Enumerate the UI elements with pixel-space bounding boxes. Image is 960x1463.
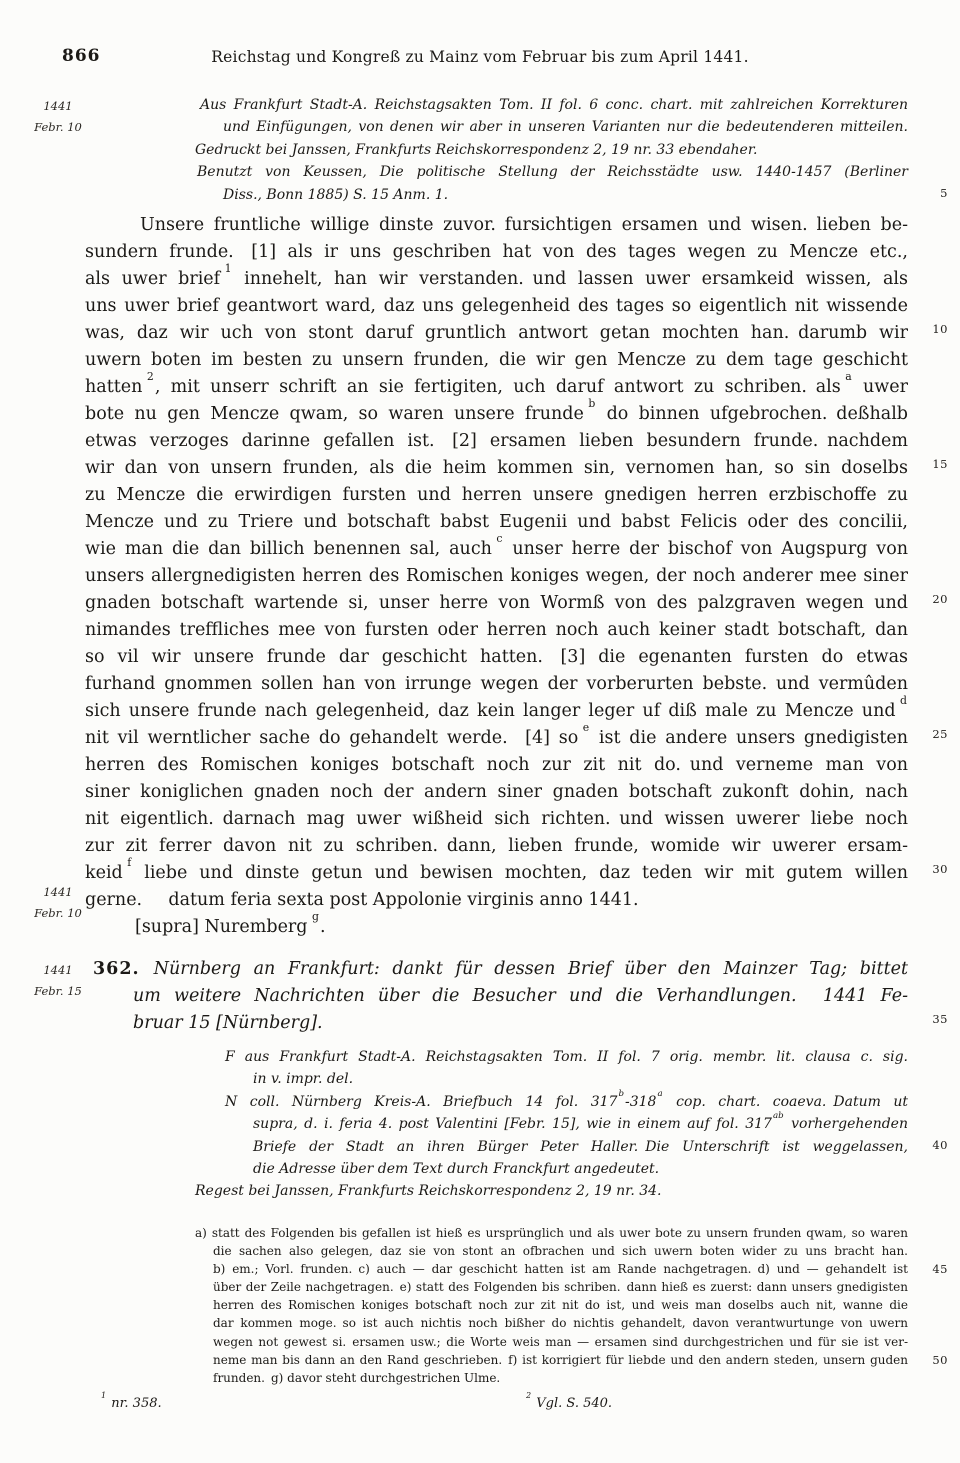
print-line-number: 35	[884, 1013, 948, 1025]
source-note-entry362: F aus Frankfurt Stadt-A. Reichstagsakten…	[195, 1046, 908, 1203]
line-text: uns uwer brief geantwort ward, daz uns g…	[85, 296, 908, 316]
text-line: frunden. g) davor steht durchgestrichen …	[195, 1369, 908, 1387]
text-line: uwern boten im besten zu unsern frunden,…	[85, 347, 908, 374]
text-line: Unsere fruntliche willige dinste zuvor. …	[85, 212, 908, 239]
line-text: N coll. Nürnberg Kreis-A. Briefbuch 14 f…	[225, 1094, 908, 1110]
line-text: und Einfügungen, von denen wir aber in u…	[223, 119, 908, 135]
text-line: b) em.; Vorl. frunden. c) auch — dar ges…	[195, 1260, 908, 1278]
line-text: Aus Frankfurt Stadt-A. Reichstagsakten T…	[200, 97, 908, 113]
book-page: 866 Reichstag und Kongreß zu Mainz vom F…	[0, 0, 960, 1463]
footnote-ref-1: 1 nr. 358.	[100, 1396, 162, 1411]
line-text: sundern frunde. [1] als ir uns geschribe…	[85, 242, 908, 262]
text-line: gerne. datum feria sexta post Appolonie …	[85, 887, 908, 914]
line-text: dar kommen moge. so ist auch nichtis noc…	[213, 1316, 908, 1330]
line-text: zur zit ferrer davon nit zu schriben. da…	[85, 836, 908, 856]
print-line-number: 15	[932, 458, 948, 470]
text-line: a) statt des Folgenden bis gefallen ist …	[195, 1224, 908, 1242]
line-text: über der Zeile nachgetragen. e) statt de…	[213, 1280, 908, 1294]
line-text: bote nu gen Mencze qwam, so waren unsere…	[85, 404, 908, 424]
line-text: bruar 15 [Nürnberg].	[133, 1013, 323, 1033]
text-line: Benutzt von Keussen, Die politische Stel…	[195, 161, 908, 183]
margin-date-entry361-top: 1441 Febr. 10	[18, 96, 98, 138]
text-line: über der Zeile nachgetragen. e) statt de…	[195, 1278, 908, 1296]
text-line: bruar 15 [Nürnberg].35	[85, 1010, 908, 1037]
text-line: Gedruckt bei Janssen, Frankfurts Reichsk…	[195, 139, 908, 161]
text-line: keid f liebe und dinste getun und bewise…	[85, 860, 908, 887]
line-text: Briefe der Stadt an ihren Bürger Peter H…	[253, 1139, 908, 1155]
line-text: in v. impr. del.	[253, 1071, 353, 1087]
print-line-number: 45	[914, 1263, 948, 1275]
line-text: gnaden botschaft wartende si, unser herr…	[85, 593, 908, 613]
line-text: b) em.; Vorl. frunden. c) auch — dar ges…	[213, 1262, 908, 1276]
line-text: was, daz wir uch von stont daruf gruntli…	[85, 323, 908, 343]
line-text: herren des Romischen koniges botschaft n…	[213, 1298, 908, 1312]
text-line: wegen not gewest si. ersamen usw.; die W…	[195, 1333, 908, 1351]
running-title: Reichstag und Kongreß zu Mainz vom Febru…	[0, 48, 960, 66]
text-line: nimandes treffliches mee von fursten ode…	[85, 617, 908, 644]
line-text: neme man bis dann an den Rand geschriebe…	[213, 1353, 908, 1367]
line-text: [supra] Nuremberg g.	[135, 917, 326, 937]
text-line: in v. impr. del.	[195, 1068, 908, 1090]
text-line: herren des Romischen koniges botschaft n…	[85, 752, 908, 779]
text-line: Diss., Bonn 1885) S. 15 Anm. 1.5	[195, 184, 908, 206]
text-line: unsers allergnedigisten herren des Romis…	[85, 563, 908, 590]
line-text: wegen not gewest si. ersamen usw.; die W…	[213, 1335, 908, 1349]
text-line: neme man bis dann an den Rand geschriebe…	[195, 1351, 908, 1369]
text-line: 362.Nürnberg an Frankfurt: dankt für des…	[85, 956, 908, 983]
text-line: so vil wir unsere frunde dar geschicht h…	[85, 644, 908, 671]
line-text: supra, d. i. feria 4. post Valentini [Fe…	[253, 1116, 908, 1132]
line-text: Nürnberg an Frankfurt: dankt für dessen …	[154, 959, 908, 979]
line-text: unsers allergnedigisten herren des Romis…	[85, 566, 908, 586]
margin-year: 1441	[18, 882, 98, 903]
source-note-entry361: Aus Frankfurt Stadt-A. Reichstagsakten T…	[195, 94, 908, 206]
text-line: siner koniglichen gnaden noch der andern…	[85, 779, 908, 806]
line-text: siner koniglichen gnaden noch der andern…	[85, 782, 908, 802]
line-text: so vil wir unsere frunde dar geschicht h…	[85, 647, 908, 667]
print-line-number: 30	[932, 863, 948, 875]
line-text: die Adresse über dem Text durch Franckfu…	[253, 1161, 659, 1177]
text-line: was, daz wir uch von stont daruf gruntli…	[85, 320, 908, 347]
line-text: etwas verzoges darinne gefallen ist. [2]…	[85, 431, 908, 451]
text-line: sundern frunde. [1] als ir uns geschribe…	[85, 239, 908, 266]
text-line: wie man die dan billich benennen sal, au…	[85, 536, 908, 563]
line-text: uwern boten im besten zu unsern frunden,…	[85, 350, 908, 370]
text-line: N coll. Nürnberg Kreis-A. Briefbuch 14 f…	[195, 1091, 908, 1113]
entry-number: 362.	[93, 959, 154, 979]
text-line: supra, d. i. feria 4. post Valentini [Fe…	[195, 1113, 908, 1135]
line-text: Unsere fruntliche willige dinste zuvor. …	[140, 215, 908, 235]
print-line-number: 20	[932, 593, 948, 605]
margin-day: Febr. 10	[18, 903, 98, 924]
text-line: [supra] Nuremberg g.	[85, 914, 908, 941]
text-line: zur zit ferrer davon nit zu schriben. da…	[85, 833, 908, 860]
line-text: die sachen also gelegen, daz sie von sto…	[213, 1244, 908, 1258]
line-text: um weitere Nachrichten über die Besucher…	[133, 986, 908, 1006]
line-text: wir dan von unsern frunden, als die heim…	[85, 458, 908, 478]
text-line: hatten 2, mit unserr schrift an sie fert…	[85, 374, 908, 401]
text-line: und Einfügungen, von denen wir aber in u…	[195, 116, 908, 138]
margin-year: 1441	[18, 96, 98, 117]
line-text: nit eigentlich. darnach mag uwer wißheid…	[85, 809, 908, 829]
text-line: Briefe der Stadt an ihren Bürger Peter H…	[195, 1136, 908, 1158]
text-line: sich unsere frunde nach gelegenheid, daz…	[85, 698, 908, 725]
text-line: Aus Frankfurt Stadt-A. Reichstagsakten T…	[195, 94, 908, 116]
text-line: herren des Romischen koniges botschaft n…	[195, 1296, 908, 1314]
line-text: hatten 2, mit unserr schrift an sie fert…	[85, 377, 908, 397]
footnote-ref-2: 2 Vgl. S. 540.	[525, 1396, 612, 1411]
critical-apparatus-footnotes: a) statt des Folgenden bis gefallen ist …	[195, 1224, 908, 1387]
letter-body-entry361: Unsere fruntliche willige dinste zuvor. …	[85, 212, 908, 941]
line-text: a) statt des Folgenden bis gefallen ist …	[195, 1226, 908, 1240]
print-line-number: 10	[932, 323, 948, 335]
print-line-number: 25	[932, 728, 948, 740]
text-line: F aus Frankfurt Stadt-A. Reichstagsakten…	[195, 1046, 908, 1068]
line-text: frunden. g) davor steht durchgestrichen …	[213, 1371, 500, 1385]
text-line: bote nu gen Mencze qwam, so waren unsere…	[85, 401, 908, 428]
text-line: gnaden botschaft wartende si, unser herr…	[85, 590, 908, 617]
line-text: als uwer brief 1 innehelt, han wir verst…	[85, 269, 908, 289]
line-text: nimandes treffliches mee von fursten ode…	[85, 620, 908, 640]
print-line-number: 5	[912, 187, 948, 199]
text-line: die Adresse über dem Text durch Franckfu…	[195, 1158, 908, 1180]
text-line: uns uwer brief geantwort ward, daz uns g…	[85, 293, 908, 320]
line-text: gerne. datum feria sexta post Appolonie …	[85, 890, 639, 910]
text-line: die sachen also gelegen, daz sie von sto…	[195, 1242, 908, 1260]
text-line: wir dan von unsern frunden, als die heim…	[85, 455, 908, 482]
print-line-number: 40	[874, 1139, 948, 1151]
line-text: sich unsere frunde nach gelegenheid, daz…	[85, 701, 908, 721]
text-line: dar kommen moge. so ist auch nichtis noc…	[195, 1314, 908, 1332]
entry362-heading: 362.Nürnberg an Frankfurt: dankt für des…	[85, 956, 908, 1037]
print-line-number: 50	[914, 1354, 948, 1366]
line-text: furhand gnommen sollen han von irrunge w…	[85, 674, 908, 694]
line-text: nit vil werntlicher sache do gehandelt w…	[85, 728, 908, 748]
line-text: Benutzt von Keussen, Die politische Stel…	[197, 164, 908, 180]
line-text: F aus Frankfurt Stadt-A. Reichstagsakten…	[225, 1049, 908, 1065]
text-line: etwas verzoges darinne gefallen ist. [2]…	[85, 428, 908, 455]
line-text: wie man die dan billich benennen sal, au…	[85, 539, 908, 559]
line-text: keid f liebe und dinste getun und bewise…	[85, 863, 908, 883]
text-line: furhand gnommen sollen han von irrunge w…	[85, 671, 908, 698]
line-text: herren des Romischen koniges botschaft n…	[85, 755, 908, 775]
text-line: Regest bei Janssen, Frankfurts Reichskor…	[195, 1180, 908, 1202]
text-line: nit eigentlich. darnach mag uwer wißheid…	[85, 806, 908, 833]
text-line: um weitere Nachrichten über die Besucher…	[85, 983, 908, 1010]
text-line: nit vil werntlicher sache do gehandelt w…	[85, 725, 908, 752]
line-text: Regest bei Janssen, Frankfurts Reichskor…	[195, 1183, 661, 1199]
margin-date-entry361-bottom: 1441 Febr. 10	[18, 882, 98, 924]
line-text: Gedruckt bei Janssen, Frankfurts Reichsk…	[195, 142, 757, 158]
line-text: zu Mencze die erwirdigen fursten und her…	[85, 485, 908, 505]
margin-day: Febr. 10	[18, 117, 98, 138]
line-text: Diss., Bonn 1885) S. 15 Anm. 1.	[223, 187, 448, 203]
text-line: als uwer brief 1 innehelt, han wir verst…	[85, 266, 908, 293]
line-text: Mencze und zu Triere und botschaft babst…	[85, 512, 908, 532]
text-line: zu Mencze die erwirdigen fursten und her…	[85, 482, 908, 509]
